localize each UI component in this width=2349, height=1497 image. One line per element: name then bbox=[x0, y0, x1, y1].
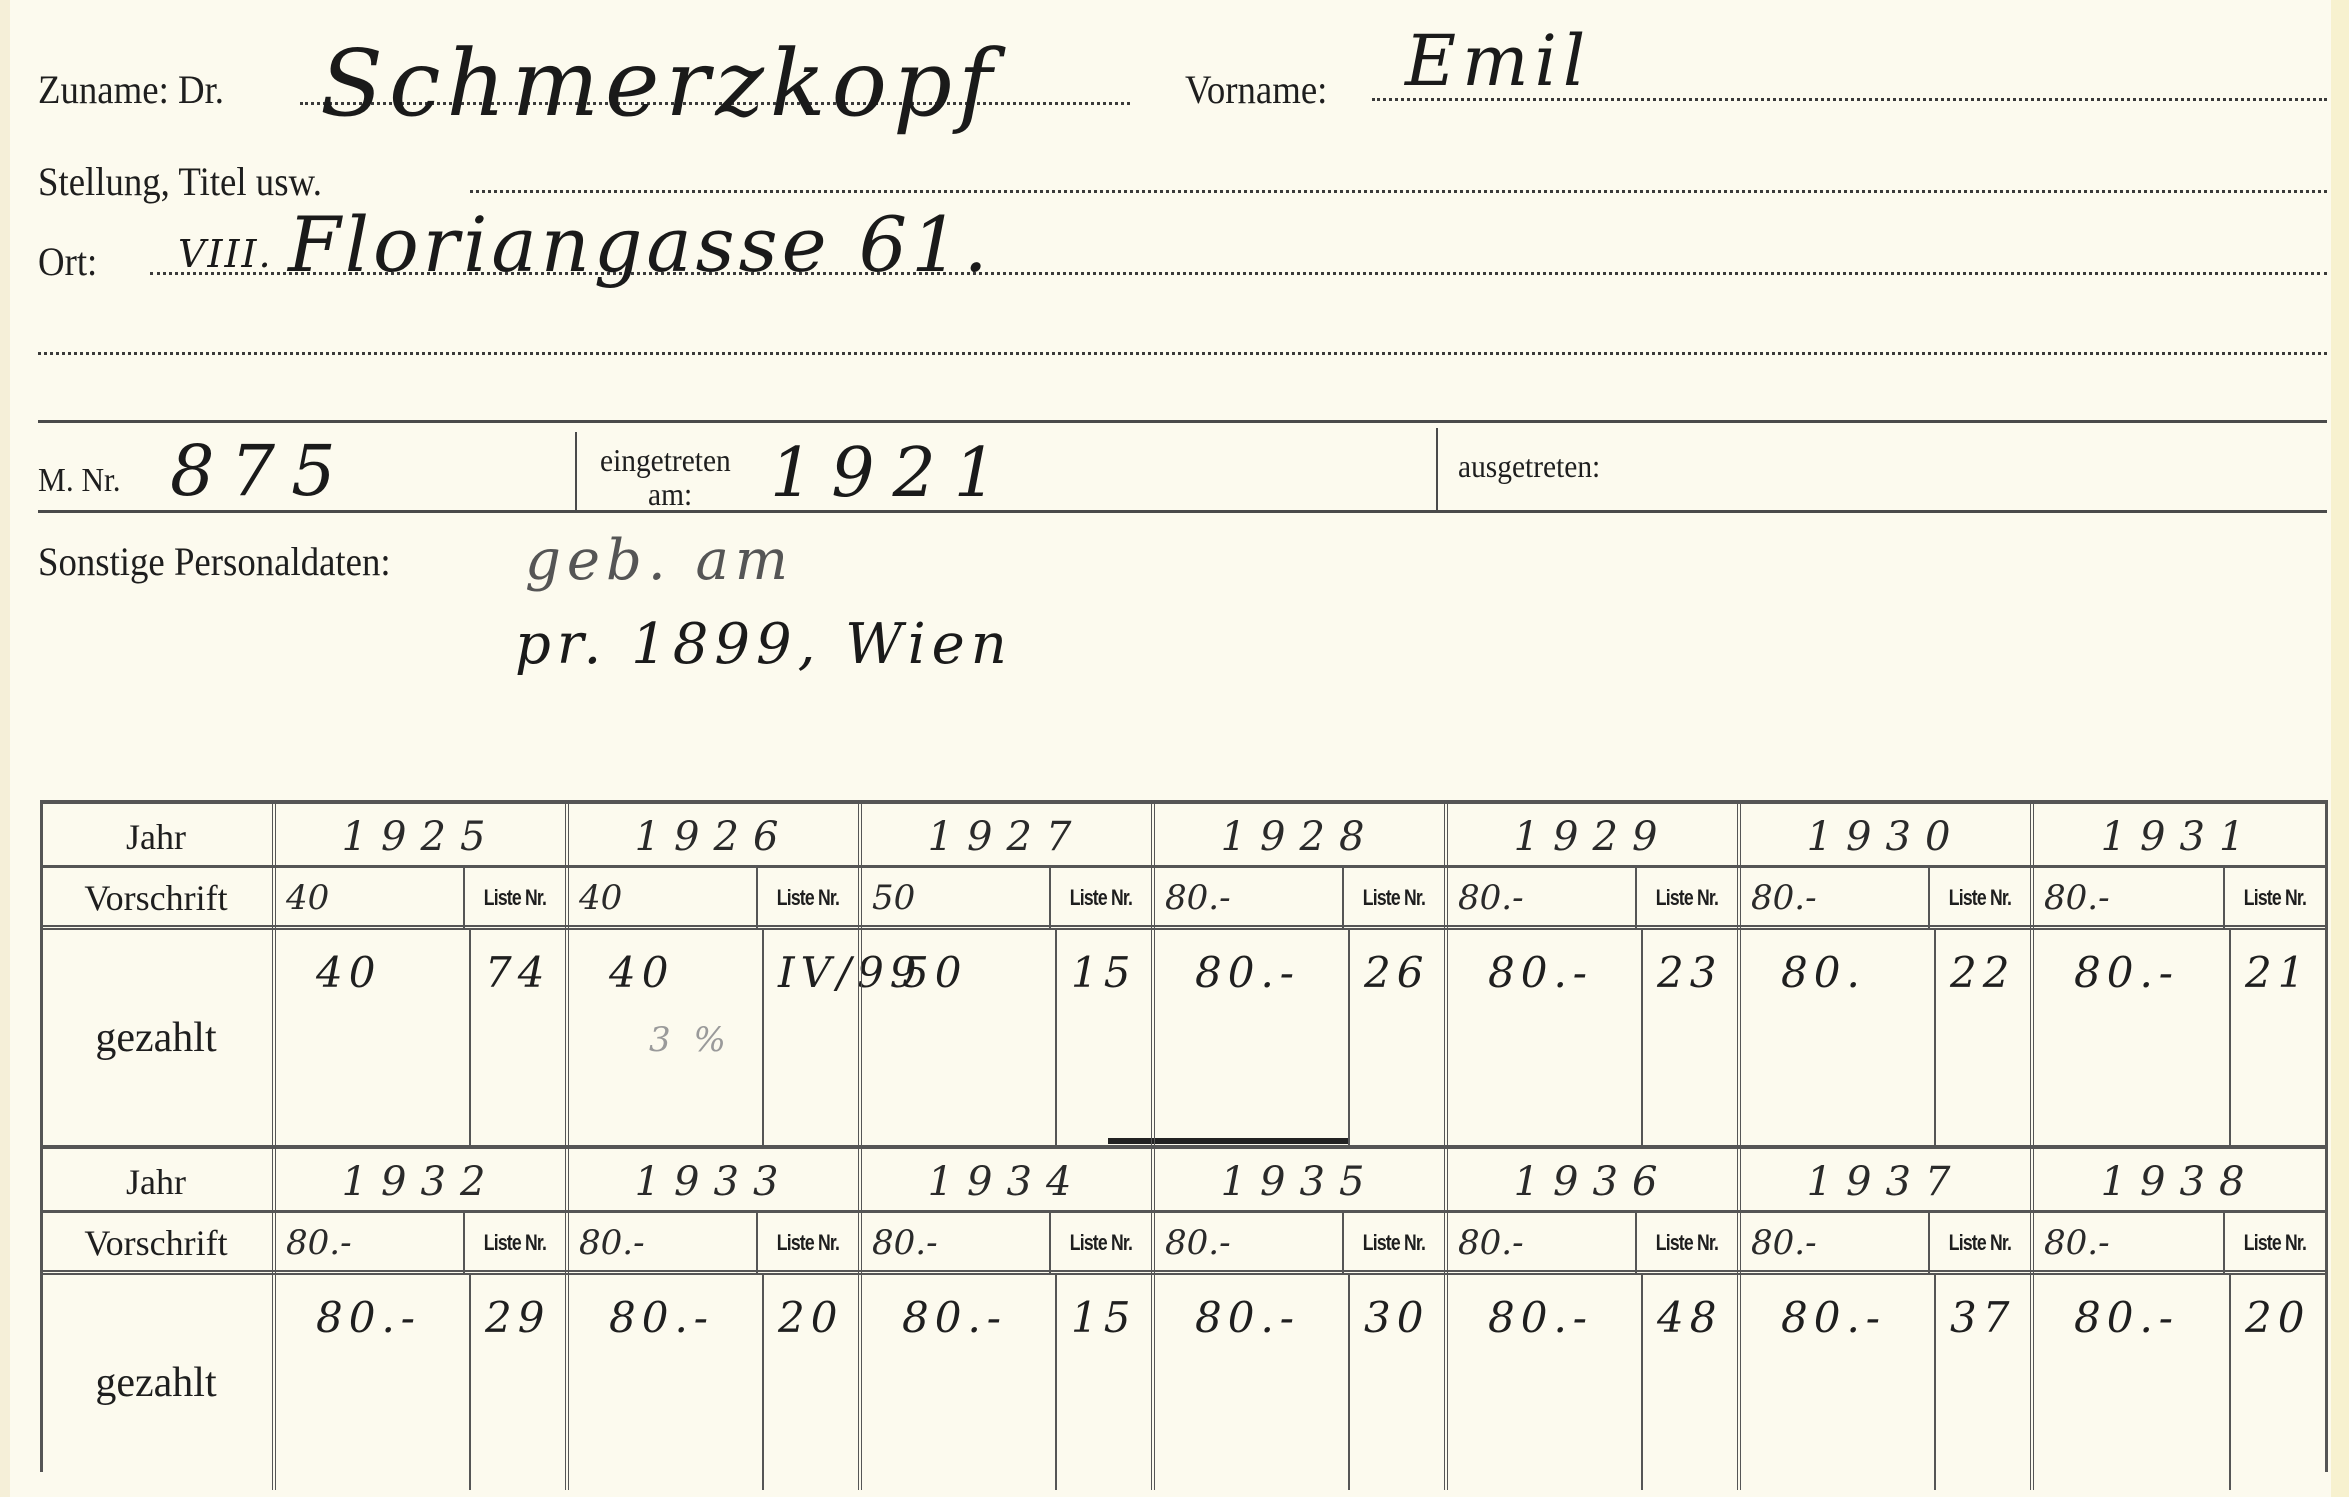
list-no-value: 30 bbox=[1364, 1293, 1429, 1342]
prescribed-cell: 80.-Liste Nr. bbox=[272, 1213, 565, 1273]
paid-cell: 80.-26 bbox=[1151, 930, 1444, 1145]
list-no-column: 20 bbox=[2229, 1275, 2329, 1490]
joined-value: 1921 bbox=[770, 434, 1015, 513]
paid-cell: 403 %IV/99 bbox=[565, 930, 858, 1145]
prescribed-row-label: Vorschrift bbox=[40, 868, 272, 928]
member-divider-1 bbox=[575, 432, 577, 512]
list-no-header: Liste Nr. bbox=[2223, 1213, 2325, 1273]
paid-amount: 80.- bbox=[2074, 948, 2179, 997]
year-cell: 1929 bbox=[1444, 804, 1737, 869]
list-no-column: 15 bbox=[1055, 1275, 1155, 1490]
prescribed-value: 80.- bbox=[1458, 868, 1524, 928]
list-no-value: 29 bbox=[485, 1293, 550, 1342]
position-label: Stellung, Titel usw. bbox=[38, 162, 322, 202]
year-cell: 1928 bbox=[1151, 804, 1444, 869]
year-value: 1926 bbox=[569, 804, 858, 869]
paid-row-label: gezahlt bbox=[40, 930, 272, 1145]
year-value: 1931 bbox=[2034, 804, 2325, 869]
list-no-value: 74 bbox=[485, 948, 550, 997]
prescribed-cell: 80.-Liste Nr. bbox=[1737, 868, 2030, 928]
table-section: Jahr1925192619271928192919301931Vorschri… bbox=[40, 800, 2325, 1140]
paid-cell: 80.22 bbox=[1737, 930, 2030, 1145]
year-value: 1937 bbox=[1741, 1149, 2030, 1214]
list-no-header: Liste Nr. bbox=[756, 868, 858, 928]
joined-label-1: eingetreten bbox=[600, 444, 731, 476]
paid-amount: 80.- bbox=[1488, 1293, 1593, 1342]
paid-amount: 40 bbox=[316, 948, 381, 997]
firstname-value: Emil bbox=[1405, 20, 1591, 102]
paid-row-label: gezahlt bbox=[40, 1275, 272, 1490]
year-value: 1928 bbox=[1155, 804, 1444, 869]
paid-amount: 80.- bbox=[609, 1293, 714, 1342]
year-row-label: Jahr bbox=[40, 804, 272, 869]
left-label: ausgetreten: bbox=[1458, 450, 1600, 482]
location-label: Ort: bbox=[38, 242, 97, 282]
paid-cell: 80.-20 bbox=[565, 1275, 858, 1490]
prescribed-value: 80.- bbox=[286, 1213, 352, 1273]
list-no-value: 20 bbox=[2245, 1293, 2310, 1342]
year-row: Jahr1932193319341935193619371938 bbox=[40, 1145, 2325, 1214]
year-value: 1927 bbox=[862, 804, 1151, 869]
paid-note: 3 % bbox=[649, 1020, 732, 1060]
year-cell: 1931 bbox=[2030, 804, 2325, 869]
paid-amount: 80.- bbox=[316, 1293, 421, 1342]
other-data-line1: geb. am bbox=[525, 528, 794, 593]
year-cell: 1933 bbox=[565, 1149, 858, 1214]
prescribed-cell: 80.-Liste Nr. bbox=[2030, 868, 2325, 928]
paid-amount: 50 bbox=[902, 948, 967, 997]
prescribed-value: 80.- bbox=[2044, 868, 2110, 928]
prescribed-cell: 80.-Liste Nr. bbox=[1444, 868, 1737, 928]
list-no-header: Liste Nr. bbox=[1342, 868, 1444, 928]
list-no-column: 15 bbox=[1055, 930, 1155, 1145]
prescribed-cell: 80.-Liste Nr. bbox=[858, 1213, 1151, 1273]
paid-cell: 5015 bbox=[858, 930, 1151, 1145]
paid-cell: 80.-21 bbox=[2030, 930, 2325, 1145]
card-edge-left bbox=[0, 0, 10, 1497]
paid-row: gezahlt80.-2980.-2080.-1580.-3080.-4880.… bbox=[40, 1270, 2325, 1490]
year-value: 1929 bbox=[1448, 804, 1737, 869]
year-value: 1932 bbox=[276, 1149, 565, 1214]
prescribed-value: 50 bbox=[872, 868, 915, 928]
paid-row: gezahlt4074403 %IV/99501580.-2680.-2380.… bbox=[40, 925, 2325, 1145]
paid-cell: 80.-23 bbox=[1444, 930, 1737, 1145]
list-no-column: IV/99 bbox=[762, 930, 862, 1145]
prescribed-cell: 40Liste Nr. bbox=[565, 868, 858, 928]
list-no-header: Liste Nr. bbox=[1049, 868, 1151, 928]
paid-cell: 80.-20 bbox=[2030, 1275, 2325, 1490]
list-no-value: 37 bbox=[1950, 1293, 2015, 1342]
location-value: Floriangasse 61. bbox=[288, 200, 992, 289]
list-no-column: 29 bbox=[469, 1275, 569, 1490]
list-no-header: Liste Nr. bbox=[756, 1213, 858, 1273]
prescribed-cell: 40Liste Nr. bbox=[272, 868, 565, 928]
year-cell: 1938 bbox=[2030, 1149, 2325, 1214]
prescribed-row: Vorschrift80.-Liste Nr.80.-Liste Nr.80.-… bbox=[40, 1210, 2325, 1273]
list-no-value: 15 bbox=[1071, 948, 1136, 997]
list-no-column: 48 bbox=[1641, 1275, 1741, 1490]
prescribed-value: 80.- bbox=[579, 1213, 645, 1273]
list-no-header: Liste Nr. bbox=[1928, 1213, 2030, 1273]
year-cell: 1925 bbox=[272, 804, 565, 869]
firstname-label: Vorname: bbox=[1185, 70, 1327, 110]
paid-cell: 80.-29 bbox=[272, 1275, 565, 1490]
prescribed-cell: 80.-Liste Nr. bbox=[1444, 1213, 1737, 1273]
year-cell: 1936 bbox=[1444, 1149, 1737, 1214]
list-no-header: Liste Nr. bbox=[1928, 868, 2030, 928]
prescribed-row: Vorschrift40Liste Nr.40Liste Nr.50Liste … bbox=[40, 865, 2325, 928]
list-no-value: 15 bbox=[1071, 1293, 1136, 1342]
prescribed-value: 80.- bbox=[1165, 868, 1231, 928]
prescribed-cell: 80.-Liste Nr. bbox=[565, 1213, 858, 1273]
paid-amount: 80.- bbox=[1781, 1293, 1886, 1342]
prescribed-value: 80.- bbox=[1458, 1213, 1524, 1273]
year-cell: 1937 bbox=[1737, 1149, 2030, 1214]
list-no-header: Liste Nr. bbox=[2223, 868, 2325, 928]
year-value: 1933 bbox=[569, 1149, 858, 1214]
list-no-column: 23 bbox=[1641, 930, 1741, 1145]
year-value: 1925 bbox=[276, 804, 565, 869]
list-no-value: 20 bbox=[778, 1293, 843, 1342]
member-row-top-rule bbox=[38, 420, 2327, 423]
year-row-label: Jahr bbox=[40, 1149, 272, 1214]
member-row-bottom-rule bbox=[38, 510, 2327, 513]
year-value: 1936 bbox=[1448, 1149, 1737, 1214]
year-value: 1934 bbox=[862, 1149, 1151, 1214]
other-data-line2: pr. 1899, Wien bbox=[515, 612, 1013, 677]
list-no-header: Liste Nr. bbox=[463, 868, 565, 928]
paid-amount: 80.- bbox=[2074, 1293, 2179, 1342]
paid-amount: 80.- bbox=[902, 1293, 1007, 1342]
prescribed-value: 80.- bbox=[1165, 1213, 1231, 1273]
table-section: Jahr1932193319341935193619371938Vorschri… bbox=[40, 1145, 2325, 1485]
list-no-column: 74 bbox=[469, 930, 569, 1145]
surname-value: Schmerzkopf bbox=[320, 30, 998, 137]
year-value: 1938 bbox=[2034, 1149, 2325, 1214]
list-no-column: 21 bbox=[2229, 930, 2329, 1145]
prescribed-cell: 50Liste Nr. bbox=[858, 868, 1151, 928]
prescribed-value: 80.- bbox=[1751, 868, 1817, 928]
surname-label: Zuname: Dr. bbox=[38, 70, 224, 110]
year-cell: 1934 bbox=[858, 1149, 1151, 1214]
list-no-header: Liste Nr. bbox=[1342, 1213, 1444, 1273]
prescribed-cell: 80.-Liste Nr. bbox=[1151, 868, 1444, 928]
prescribed-value: 40 bbox=[579, 868, 622, 928]
list-no-value: 48 bbox=[1657, 1293, 1722, 1342]
prescribed-value: 80.- bbox=[1751, 1213, 1817, 1273]
list-no-value: 22 bbox=[1950, 948, 2015, 997]
paid-amount: 80. bbox=[1781, 948, 1866, 997]
paid-amount: 80.- bbox=[1488, 948, 1593, 997]
joined-label-2: am: bbox=[648, 478, 692, 510]
year-value: 1930 bbox=[1741, 804, 2030, 869]
list-no-column: 20 bbox=[762, 1275, 862, 1490]
member-divider-2 bbox=[1436, 428, 1438, 512]
prescribed-cell: 80.-Liste Nr. bbox=[1151, 1213, 1444, 1273]
prescribed-row-label: Vorschrift bbox=[40, 1213, 272, 1273]
year-cell: 1927 bbox=[858, 804, 1151, 869]
prescribed-value: 40 bbox=[286, 868, 329, 928]
position-line bbox=[470, 190, 2327, 193]
list-no-column: 37 bbox=[1934, 1275, 2034, 1490]
paid-amount: 80.- bbox=[1195, 1293, 1300, 1342]
other-data-label: Sonstige Personaldaten: bbox=[38, 542, 391, 582]
year-cell: 1932 bbox=[272, 1149, 565, 1214]
blank-line bbox=[38, 352, 2327, 355]
list-no-column: 22 bbox=[1934, 930, 2034, 1145]
paid-cell: 80.-37 bbox=[1737, 1275, 2030, 1490]
member-no-label: M. Nr. bbox=[38, 464, 121, 498]
list-no-header: Liste Nr. bbox=[1049, 1213, 1151, 1273]
card-edge-right bbox=[2331, 0, 2349, 1497]
paid-cell: 80.-48 bbox=[1444, 1275, 1737, 1490]
year-value: 1935 bbox=[1155, 1149, 1444, 1214]
paid-cell: 80.-30 bbox=[1151, 1275, 1444, 1490]
paid-amount: 80.- bbox=[1195, 948, 1300, 997]
year-cell: 1926 bbox=[565, 804, 858, 869]
location-district: VIII. bbox=[178, 232, 273, 276]
prescribed-cell: 80.-Liste Nr. bbox=[1737, 1213, 2030, 1273]
list-no-value: 21 bbox=[2245, 948, 2310, 997]
list-no-column: 26 bbox=[1348, 930, 1448, 1145]
member-no-value: 875 bbox=[170, 430, 352, 512]
list-no-value: 23 bbox=[1657, 948, 1722, 997]
prescribed-value: 80.- bbox=[872, 1213, 938, 1273]
list-no-header: Liste Nr. bbox=[463, 1213, 565, 1273]
prescribed-cell: 80.-Liste Nr. bbox=[2030, 1213, 2325, 1273]
list-no-header: Liste Nr. bbox=[1635, 1213, 1737, 1273]
list-no-header: Liste Nr. bbox=[1635, 868, 1737, 928]
list-no-value: 26 bbox=[1364, 948, 1429, 997]
paid-cell: 4074 bbox=[272, 930, 565, 1145]
membership-card: Zuname: Dr. Schmerzkopf Vorname: Emil St… bbox=[0, 0, 2349, 1497]
list-no-column: 30 bbox=[1348, 1275, 1448, 1490]
year-cell: 1930 bbox=[1737, 804, 2030, 869]
prescribed-value: 80.- bbox=[2044, 1213, 2110, 1273]
paid-cell: 80.-15 bbox=[858, 1275, 1151, 1490]
paid-amount: 40 bbox=[609, 948, 674, 997]
year-cell: 1935 bbox=[1151, 1149, 1444, 1214]
year-row: Jahr1925192619271928192919301931 bbox=[40, 800, 2325, 869]
